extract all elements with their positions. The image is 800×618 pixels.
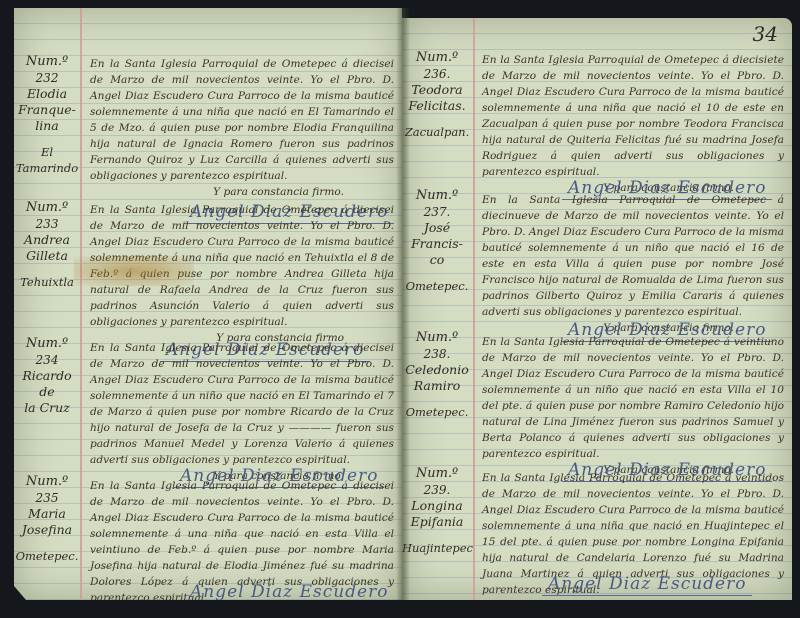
entry-margin: Num.º 239. Longina Epifania Huajintepec (402, 466, 472, 556)
page-number: 34 (753, 22, 778, 46)
birth-place: Zacualpan. (402, 124, 472, 140)
entry-margin: Num.º 236. Teodora Felicitas. Zacualpan. (402, 50, 472, 140)
entry-number: 237. (402, 204, 472, 220)
num-label: Num.º (402, 330, 472, 346)
entry-body: En la Santa Iglesia Parroquial de Ometep… (90, 342, 394, 466)
right-page: 34 Num.º 236. Teodora Felicitas. Zacualp… (402, 18, 792, 600)
child-name: Gilleta (14, 248, 80, 264)
entry-text: En la Santa Iglesia Parroquial de Ometep… (482, 334, 784, 478)
entry-number: 232 (14, 70, 80, 86)
child-name: José (402, 220, 472, 236)
birth-place: Tehuixtla (14, 274, 80, 290)
child-name: Josefina (14, 522, 80, 538)
entry-body: En la Santa Iglesia Parroquial de Ometep… (482, 54, 784, 178)
child-name: la Cruz (14, 400, 80, 416)
entry-number: 236. (402, 66, 472, 82)
entry-text: En la Santa Iglesia Parroquial de Ometep… (482, 192, 784, 336)
num-label: Num.º (14, 200, 80, 216)
birth-place: Ometepec. (402, 404, 472, 420)
entry-margin: Num.º 238. Celedonio Ramiro Ometepec. (402, 330, 472, 420)
entry-closing: Y para constancia firmo. (482, 598, 784, 600)
entry-text: En la Santa Iglesia Parroquial de Ometep… (482, 52, 784, 196)
entry-number: 239. (402, 482, 472, 498)
left-page: Num.º 232 Elodia Franque- lina El Tamari… (14, 8, 402, 600)
child-name: Ramiro (402, 378, 472, 394)
birth-place: El Tamarindo (14, 144, 80, 176)
entry-margin: Num.º 234 Ricardo de la Cruz (14, 336, 80, 416)
entry-margin: Num.º 235 Maria Josefina Ometepec. (14, 474, 80, 564)
birth-place: Huajintepec (402, 540, 472, 556)
entry-number: 238. (402, 346, 472, 362)
entry-text: En la Santa Iglesia Parroquial de Ometep… (90, 56, 394, 200)
entry-body: En la Santa Iglesia Parroquial de Ometep… (482, 194, 784, 318)
entry-number: 235 (14, 490, 80, 506)
child-name: Felicitas. (402, 98, 472, 114)
child-name: Teodora (402, 82, 472, 98)
child-name: Franque- (14, 102, 80, 118)
num-label: Num.º (14, 474, 80, 490)
child-name: Epifania (402, 514, 472, 530)
entry-margin: Num.º 232 Elodia Franque- lina El Tamari… (14, 54, 80, 176)
open-register-book: Num.º 232 Elodia Franque- lina El Tamari… (0, 0, 800, 618)
birth-place: Ometepec. (402, 278, 472, 294)
num-label: Num.º (402, 188, 472, 204)
entry-body: En la Santa Iglesia Parroquial de Ometep… (482, 336, 784, 460)
entry-text: En la Santa Iglesia Parroquial de Ometep… (90, 340, 394, 484)
birth-place: Ometepec. (14, 548, 80, 564)
num-label: Num.º (14, 336, 80, 352)
child-name: lina (14, 118, 80, 134)
child-name: Longina (402, 498, 472, 514)
entry-number: 233 (14, 216, 80, 232)
entry-body: En la Santa Iglesia Parroquial de Ometep… (90, 204, 394, 328)
entry-margin: Num.º 237. José Francis- co Ometepec. (402, 188, 472, 294)
book-gutter (396, 8, 410, 600)
child-name: Maria (14, 506, 80, 522)
entry-text: En la Santa Iglesia Parroquial de Ometep… (90, 202, 394, 346)
child-name: Celedonio (402, 362, 472, 378)
child-name: Francis- (402, 236, 472, 252)
child-name: Elodia (14, 86, 80, 102)
priest-signature: Angel Diaz Escudero (184, 582, 394, 600)
margin-rule (473, 18, 475, 600)
entry-body: En la Santa Iglesia Parroquial de Ometep… (90, 58, 394, 182)
num-label: Num.º (14, 54, 80, 70)
entry-number: 234 (14, 352, 80, 368)
margin-rule (80, 8, 82, 600)
entry-margin: Num.º 233 Andrea Gilleta Tehuixtla (14, 200, 80, 290)
child-name: co (402, 252, 472, 268)
priest-signature: Angel Diaz Escudero (542, 574, 752, 596)
child-name: Andrea (14, 232, 80, 248)
num-label: Num.º (402, 466, 472, 482)
child-name: Ricardo de (14, 368, 80, 400)
num-label: Num.º (402, 50, 472, 66)
entry-closing: Y para constancia firmo. (90, 184, 394, 200)
